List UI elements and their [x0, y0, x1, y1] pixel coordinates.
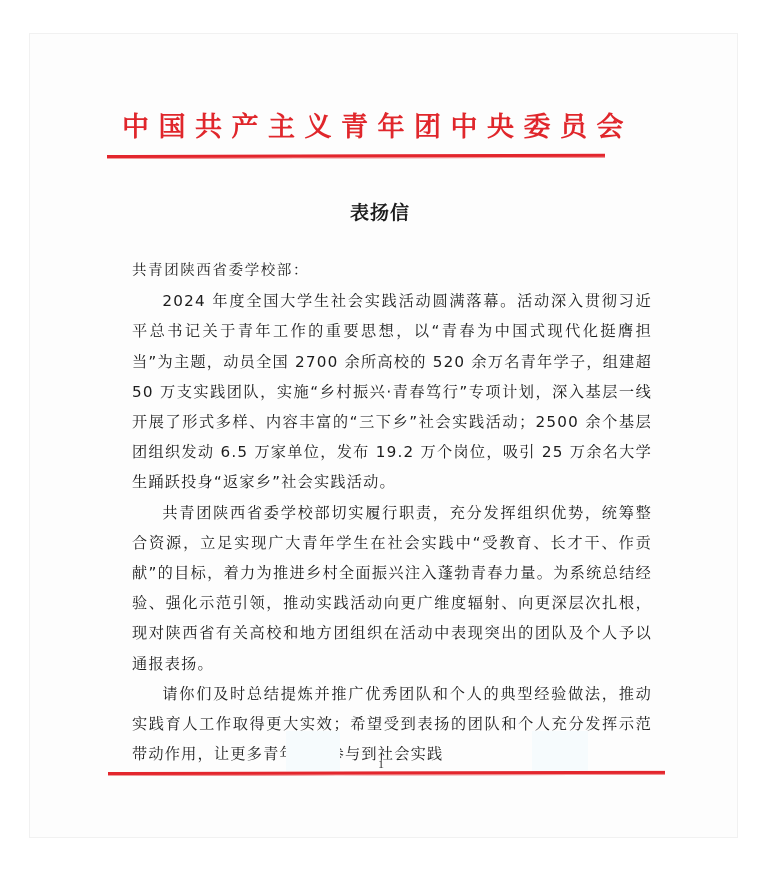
letter-body: 共青团陕西省委学校部： 2024 年度全国大学生社会实践活动圆满落幕。活动深入贯… — [132, 256, 652, 769]
paragraph-1: 2024 年度全国大学生社会实践活动圆满落幕。活动深入贯彻习近平总书记关于青年工… — [132, 286, 652, 497]
salutation: 共青团陕西省委学校部： — [132, 256, 652, 286]
page-number: 1 — [378, 757, 384, 772]
scan-tint-left — [286, 731, 340, 771]
document-title: 表扬信 — [110, 198, 650, 225]
paragraph-2: 共青团陕西省委学校部切实履行职责，充分发挥组织优势，统筹整合资源，立足实现广大青… — [132, 498, 652, 679]
scan-tint-right — [532, 731, 588, 771]
masthead-org-name: 中国共产主义青年团中央委员会 — [100, 108, 655, 148]
